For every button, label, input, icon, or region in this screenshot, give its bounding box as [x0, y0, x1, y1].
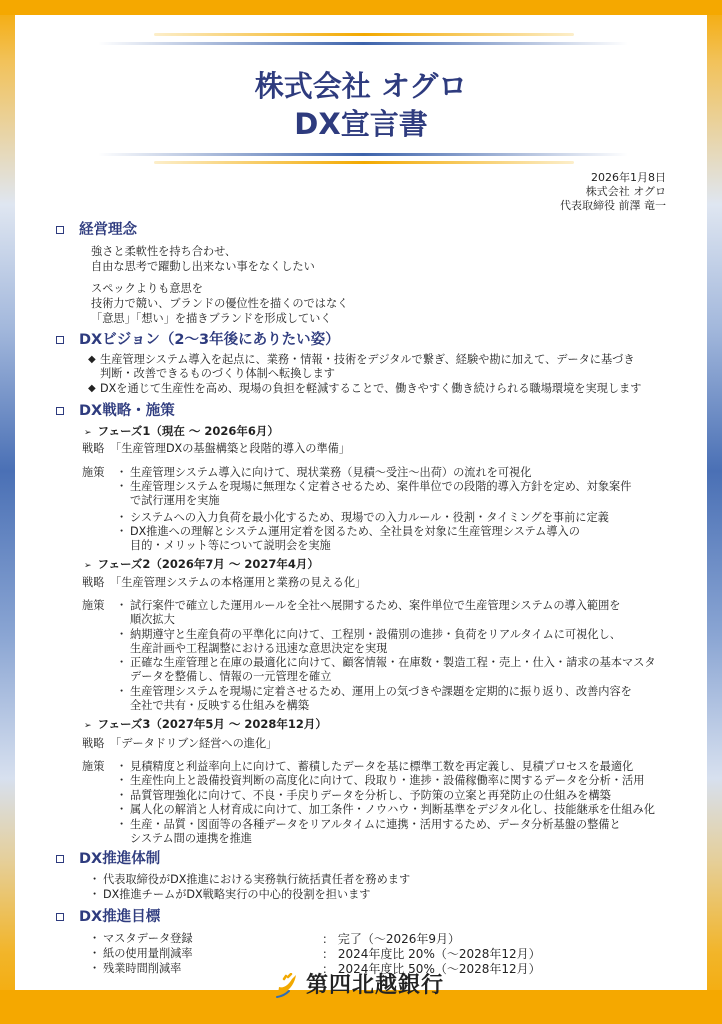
measure-item: 見積精度と利益率向上に向けて、蓄積したデータを基に標準工数を再定義し、見積プロセ… — [130, 760, 633, 774]
measure-item: 生産管理システム導入に向けて、現状業務（見積～受注～出荷）の流れを可視化 — [130, 466, 531, 480]
measure-item-cont: 目的・メリット等について説明会を実施 — [130, 539, 331, 553]
strategy-label: 戦略 — [82, 576, 104, 590]
checkbox-bullet-icon — [56, 913, 64, 921]
phase-1-title: ➢フェーズ1（現在 ～ 2026年6月） — [84, 424, 279, 440]
checkbox-bullet-icon — [56, 226, 64, 234]
measure-item: 生産・品質・図面等の各種データをリアルタイムに連携・活用するため、データ分析基盤… — [130, 818, 621, 832]
measure-item: 品質管理強化に向けて、不良・手戻りデータを分析し、予防策の立案と再発防止の仕組み… — [130, 789, 611, 803]
measure-item: 納期遵守と生産負荷の平準化に向けて、工程別・設備別の進捗・負荷をリアルタイムに可… — [130, 628, 621, 642]
gold-rule-bottom — [154, 161, 574, 164]
bank-logo: 第四北越銀行 — [276, 973, 444, 999]
phase-2-strategy: 「生産管理システムの本格運用と業務の見える化」 — [110, 576, 366, 590]
phase-3-strategy: 「データドリブン経営への進化」 — [110, 737, 277, 751]
structure-item: 代表取締役がDX推進における実務執行統括責任者を務めます — [103, 873, 410, 887]
goal-label: 紙の使用量削減率 — [103, 947, 193, 961]
philosophy-line: 自由な思考で躍動し出来ない事をなくしたい — [91, 260, 315, 274]
phase-title-text: フェーズ3（2027年5月 ～ 2028年12月） — [98, 717, 327, 731]
bank-name: 第四北越銀行 — [306, 973, 444, 999]
measures-label: 施策 — [82, 760, 104, 774]
measure-item-cont: データを整備し、情報の一元管理を確立 — [130, 670, 331, 684]
heading-text: 経営理念 — [79, 221, 137, 239]
heading-text: DX推進目標 — [79, 908, 160, 926]
vision-item: DXを通じて生産性を高め、現場の負担を軽減することで、働きやすく働き続けられる職… — [100, 382, 641, 396]
structure-item: DX推進チームがDX戦略実行の中心的役割を担います — [103, 888, 371, 902]
measure-item: システムへの入力負荷を最小化するため、現場での入力ルール・役割・タイミングを事前… — [130, 511, 609, 525]
phase-title-text: フェーズ2（2026年7月 ～ 2027年4月） — [98, 557, 319, 571]
goal-label: 残業時間削減率 — [103, 962, 181, 976]
company-title: 株式会社 オグロ — [0, 66, 722, 106]
arrow-bullet-icon: ➢ — [84, 721, 92, 731]
blue-rule-top — [98, 42, 628, 45]
representative: 代表取締役 前澤 竜一 — [560, 199, 666, 213]
measure-item-cont: 順次拡大 — [130, 613, 175, 627]
signature-company: 株式会社 オグロ — [560, 185, 666, 199]
top-border — [0, 0, 722, 15]
heading-text: DX推進体制 — [79, 850, 160, 868]
checkbox-bullet-icon — [56, 407, 64, 415]
measure-item: 生産管理システムを現場に無理なく定着させるため、案件単位での段階的導入方針を定め… — [130, 480, 631, 494]
measure-item-cont: システム間の連携を推進 — [130, 832, 252, 846]
measure-item: 試行案件で確立した運用ルールを全社へ展開するため、案件単位で生産管理システムの導… — [130, 599, 620, 613]
phase-3-title: ➢フェーズ3（2027年5月 ～ 2028年12月） — [84, 717, 327, 733]
section-structure-heading: DX推進体制 — [56, 850, 160, 868]
signature-block: 2026年1月8日 株式会社 オグロ 代表取締役 前澤 竜一 — [560, 171, 666, 213]
measures-label: 施策 — [82, 599, 104, 613]
phase-1-strategy: 「生産管理DXの基盤構築と段階的導入の準備」 — [110, 442, 350, 456]
checkbox-bullet-icon — [56, 855, 64, 863]
measure-item: DX推進への理解とシステム運用定着を図るため、全社員を対象に生産管理システム導入… — [130, 525, 580, 539]
gold-rule-top — [154, 33, 574, 36]
section-strategy-heading: DX戦略・施策 — [56, 402, 175, 420]
goal-label: マスタデータ登録 — [103, 932, 193, 946]
measures-label: 施策 — [82, 466, 104, 480]
measure-item: 属人化の解消と人材育成に向けて、加工条件・ノウハウ・判断基準をデジタル化し、技能… — [130, 803, 655, 817]
bank-logo-icon — [276, 973, 300, 999]
measure-item-cont: で試行運用を実施 — [130, 494, 220, 508]
goal-value: ： 完了（～2026年9月） — [322, 932, 460, 946]
vision-item-cont: 判断・改善できるものづくり体制へ転換します — [100, 367, 335, 381]
philosophy-line: 強さと柔軟性を持ち合わせ、 — [91, 245, 236, 259]
phase-title-text: フェーズ1（現在 ～ 2026年6月） — [98, 424, 279, 438]
measure-item: 生産管理システムを現場に定着させるため、運用上の気づきや課題を定期的に振り返り、… — [130, 685, 632, 699]
philosophy-line: 「意思」「想い」を描きブランドを形成していく — [91, 312, 332, 326]
philosophy-line: スペックよりも意思を — [91, 282, 203, 296]
philosophy-line: 技術力で競い、ブランドの優位性を描くのではなく — [91, 297, 348, 311]
goal-value: ： 2024年度比 20%（～2028年12月） — [322, 947, 541, 961]
checkbox-bullet-icon — [56, 336, 64, 344]
section-goals-heading: DX推進目標 — [56, 908, 160, 926]
section-philosophy-heading: 経営理念 — [56, 221, 137, 239]
arrow-bullet-icon: ➢ — [84, 561, 92, 571]
measure-item: 正確な生産管理と在庫の最適化に向けて、顧客情報・在庫数・製造工程・売上・仕入・請… — [130, 656, 656, 670]
phase-2-title: ➢フェーズ2（2026年7月 ～ 2027年4月） — [84, 557, 319, 573]
vision-item: 生産管理システム導入を起点に、業務・情報・技術をデジタルで繋ぎ、経験や勘に加えて… — [100, 353, 635, 367]
heading-text: DX戦略・施策 — [79, 402, 175, 420]
section-vision-heading: DXビジョン（2～3年後にありたい姿） — [56, 331, 340, 349]
heading-text: DXビジョン（2～3年後にありたい姿） — [79, 331, 340, 349]
document-title: DX宣言書 — [0, 104, 722, 144]
blue-rule-bottom — [98, 153, 628, 156]
strategy-label: 戦略 — [82, 442, 104, 456]
measure-item-cont: 全社で共有・反映する仕組みを構築 — [130, 699, 309, 713]
arrow-bullet-icon: ➢ — [84, 428, 92, 438]
measure-item-cont: 生産計画や工程調整における迅速な意思決定を実現 — [130, 642, 387, 656]
measure-item: 生産性向上と設備投資判断の高度化に向けて、段取り・進捗・設備稼働率に関するデータ… — [130, 774, 644, 788]
strategy-label: 戦略 — [82, 737, 104, 751]
date: 2026年1月8日 — [560, 171, 666, 185]
